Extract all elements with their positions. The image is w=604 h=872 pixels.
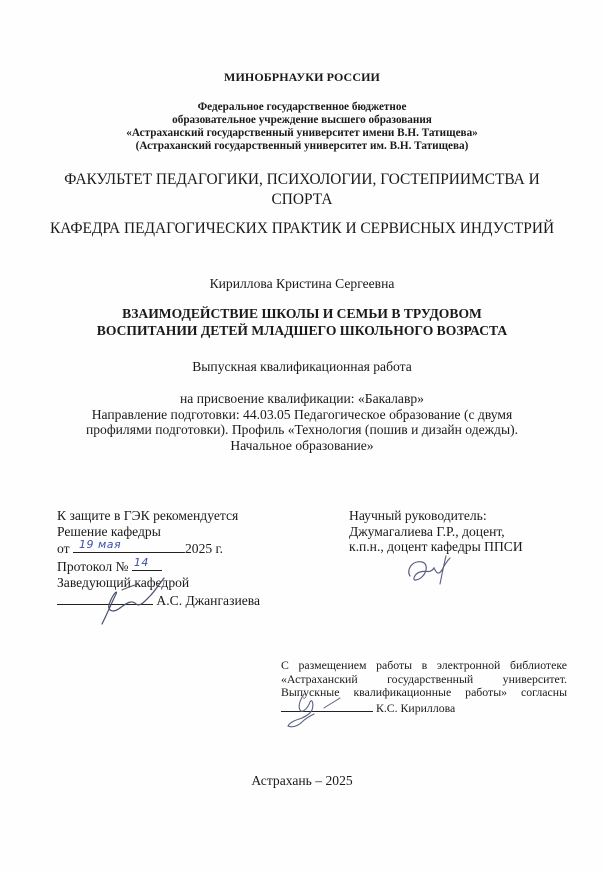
institution-line: «Астраханский государственный университе… — [0, 127, 604, 140]
library-consent-line: «Астраханский государственный университе… — [281, 673, 567, 687]
thesis-title-line: ВЗАИМОДЕЙСТВИЕ ШКОЛЫ И СЕМЬИ В ТРУДОВОМ — [20, 305, 584, 322]
protocol-row: Протокол № 14 — [57, 557, 317, 575]
student-signature-line — [281, 700, 373, 712]
faculty-name: ФАКУЛЬТЕТ ПЕДАГОГИКИ, ПСИХОЛОГИИ, ГОСТЕП… — [40, 170, 564, 210]
ministry-name: МИНОБРНАУКИ РОССИИ — [0, 70, 604, 85]
recommend-label: К защите в ГЭК рекомендуется — [57, 508, 317, 524]
student-name: К.С. Кириллова — [376, 701, 455, 715]
thesis-title-line: ВОСПИТАНИИ ДЕТЕЙ МЛАДШЕГО ШКОЛЬНОГО ВОЗР… — [20, 322, 584, 339]
library-consent-block: С размещением работы в электронной библи… — [281, 659, 567, 715]
institution-line: Федеральное государственное бюджетное — [0, 101, 604, 114]
date-blank-line: 19 мая — [73, 539, 185, 553]
supervisor-name: Джумагалиева Г.Р., доцент, — [349, 524, 579, 540]
work-type: Выпускная квалификационная работа — [0, 359, 604, 375]
head-signature-line — [57, 591, 153, 605]
qualification-line: на присвоение квалификации: «Бакалавр» — [70, 391, 534, 407]
title-page: МИНОБРНАУКИ РОССИИ Федеральное государст… — [0, 0, 604, 872]
library-consent-line: С размещением работы в электронной библи… — [281, 659, 567, 673]
thesis-title: ВЗАИМОДЕЙСТВИЕ ШКОЛЫ И СЕМЬИ В ТРУДОВОМ … — [20, 305, 584, 339]
head-name: А.С. Джангазиева — [156, 593, 260, 608]
student-signature-row: К.С. Кириллова — [281, 700, 567, 716]
supervisor-position: к.п.н., доцент кафедры ППСИ — [349, 539, 579, 555]
qualification-info: на присвоение квалификации: «Бакалавр» Н… — [70, 391, 534, 453]
library-consent-line: Выпускные квалификационные работы» согла… — [281, 686, 567, 700]
supervisor-signature-icon — [402, 552, 462, 586]
handwritten-protocol-number: 14 — [134, 555, 149, 571]
head-signature-row: А.С. Джангазиева — [57, 591, 317, 609]
date-prefix: от — [57, 541, 70, 556]
institution-line: образовательное учреждение высшего образ… — [0, 114, 604, 127]
head-label: Заведующий кафедрой — [57, 575, 317, 591]
institution-name: Федеральное государственное бюджетное об… — [0, 101, 604, 153]
supervisor-label: Научный руководитель: — [349, 508, 579, 524]
date-suffix: 2025 г. — [185, 541, 223, 556]
institution-line: (Астраханский государственный университе… — [0, 140, 604, 153]
author-name: Кириллова Кристина Сергеевна — [0, 276, 604, 292]
city-year: Астрахань – 2025 — [0, 773, 604, 789]
supervisor-block: Научный руководитель: Джумагалиева Г.Р.,… — [349, 508, 579, 555]
defense-approval-block: К защите в ГЭК рекомендуется Решение каф… — [57, 508, 317, 608]
department-name: КАФЕДРА ПЕДАГОГИЧЕСКИХ ПРАКТИК И СЕРВИСН… — [20, 219, 584, 239]
specialization-line: Направление подготовки: 44.03.05 Педагог… — [70, 407, 534, 454]
protocol-label: Протокол № — [57, 559, 128, 574]
handwritten-date: 19 мая — [79, 537, 121, 553]
decision-date-row: от 19 мая 2025 г. — [57, 539, 317, 557]
protocol-blank-line: 14 — [132, 557, 162, 571]
